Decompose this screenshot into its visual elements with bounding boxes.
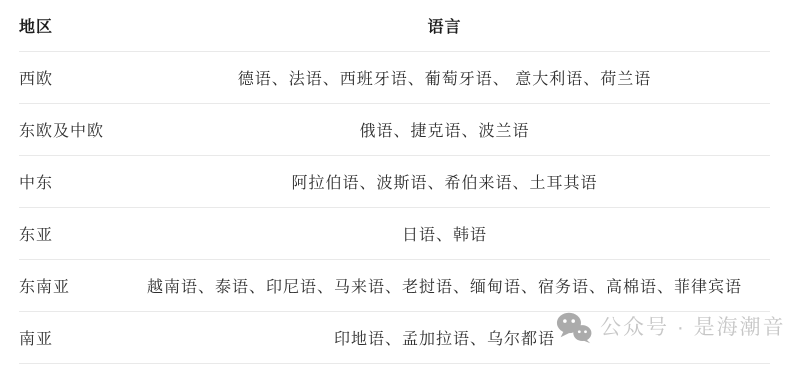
languages-cell: 印地语、孟加拉语、乌尔都语	[119, 312, 770, 364]
table-row: 东欧及中欧 俄语、捷克语、波兰语	[19, 104, 770, 156]
table-row: 东南亚 越南语、泰语、印尼语、马来语、老挝语、缅甸语、宿务语、高棉语、菲律宾语	[19, 260, 770, 312]
region-cell: 西欧	[19, 52, 119, 104]
region-cell: 东欧及中欧	[19, 104, 119, 156]
region-language-table: 地区 语言 西欧 德语、法语、西班牙语、葡萄牙语、 意大利语、荷兰语 东欧及中欧…	[19, 0, 770, 364]
table-row: 东亚 日语、韩语	[19, 208, 770, 260]
region-cell: 南亚	[19, 312, 119, 364]
region-cell: 中东	[19, 156, 119, 208]
table-row: 南亚 印地语、孟加拉语、乌尔都语	[19, 312, 770, 364]
header-region: 地区	[19, 0, 119, 52]
languages-cell: 日语、韩语	[119, 208, 770, 260]
table-row: 中东 阿拉伯语、波斯语、希伯来语、土耳其语	[19, 156, 770, 208]
page: 地区 语言 西欧 德语、法语、西班牙语、葡萄牙语、 意大利语、荷兰语 东欧及中欧…	[0, 0, 785, 366]
table-row: 西欧 德语、法语、西班牙语、葡萄牙语、 意大利语、荷兰语	[19, 52, 770, 104]
header-language: 语言	[119, 0, 770, 52]
languages-cell: 俄语、捷克语、波兰语	[119, 104, 770, 156]
table-header-row: 地区 语言	[19, 0, 770, 52]
languages-cell: 阿拉伯语、波斯语、希伯来语、土耳其语	[119, 156, 770, 208]
region-cell: 东南亚	[19, 260, 119, 312]
region-cell: 东亚	[19, 208, 119, 260]
languages-cell: 越南语、泰语、印尼语、马来语、老挝语、缅甸语、宿务语、高棉语、菲律宾语	[119, 260, 770, 312]
languages-cell: 德语、法语、西班牙语、葡萄牙语、 意大利语、荷兰语	[119, 52, 770, 104]
